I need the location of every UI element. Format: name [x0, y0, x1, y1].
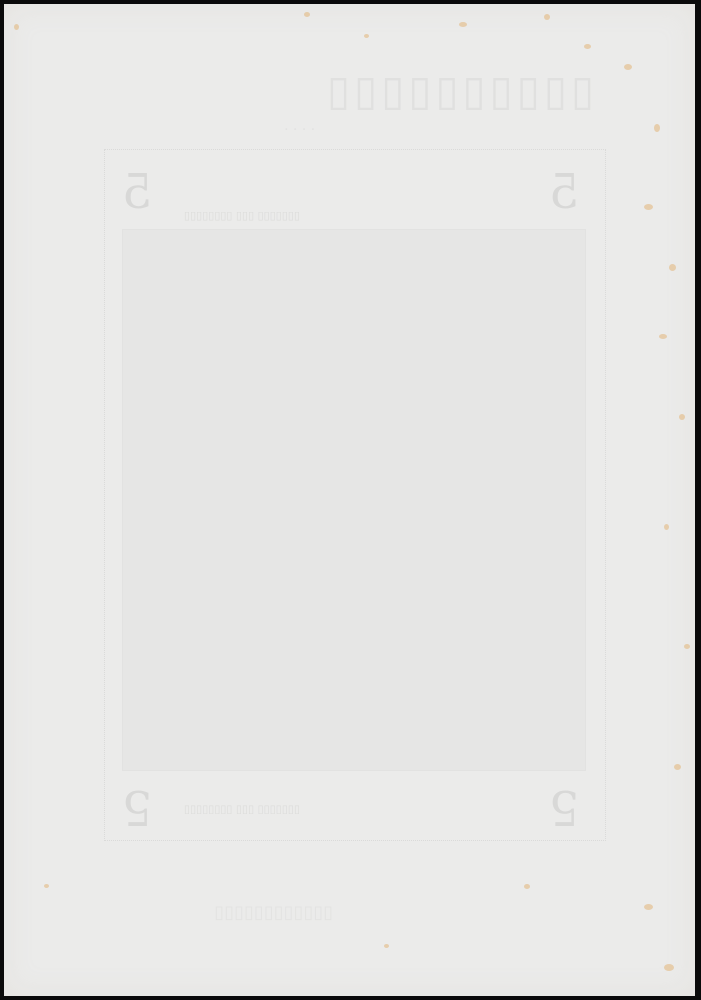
denomination-numeral-top-left: 5 [122, 164, 153, 220]
denomination-numeral-bottom-left: 5 [122, 779, 153, 835]
stamp-image-area-show-through [122, 229, 586, 771]
souvenir-sheet-reverse: ▯▯▯▯▯▯▯▯▯▯ · · · · 5 5 5 5 ▯▯▯▯▯▯▯ ▯▯▯ ▯… [4, 4, 695, 996]
denomination-numeral-top-right: 5 [549, 164, 580, 220]
mirrored-caption-top: ▯▯▯▯▯▯▯ ▯▯▯ ▯▯▯▯▯▯▯▯ [184, 209, 300, 222]
mirrored-subtitle-show-through: · · · · [284, 122, 315, 138]
denomination-numeral-bottom-right: 5 [549, 779, 580, 835]
mirrored-caption-bottom: ▯▯▯▯▯▯▯ ▯▯▯ ▯▯▯▯▯▯▯▯ [184, 804, 300, 817]
mirrored-title-show-through: ▯▯▯▯▯▯▯▯▯▯ [134, 66, 594, 115]
mirrored-bottom-text: ▯▯▯▯▯▯▯▯▯▯▯▯ [214, 902, 333, 923]
